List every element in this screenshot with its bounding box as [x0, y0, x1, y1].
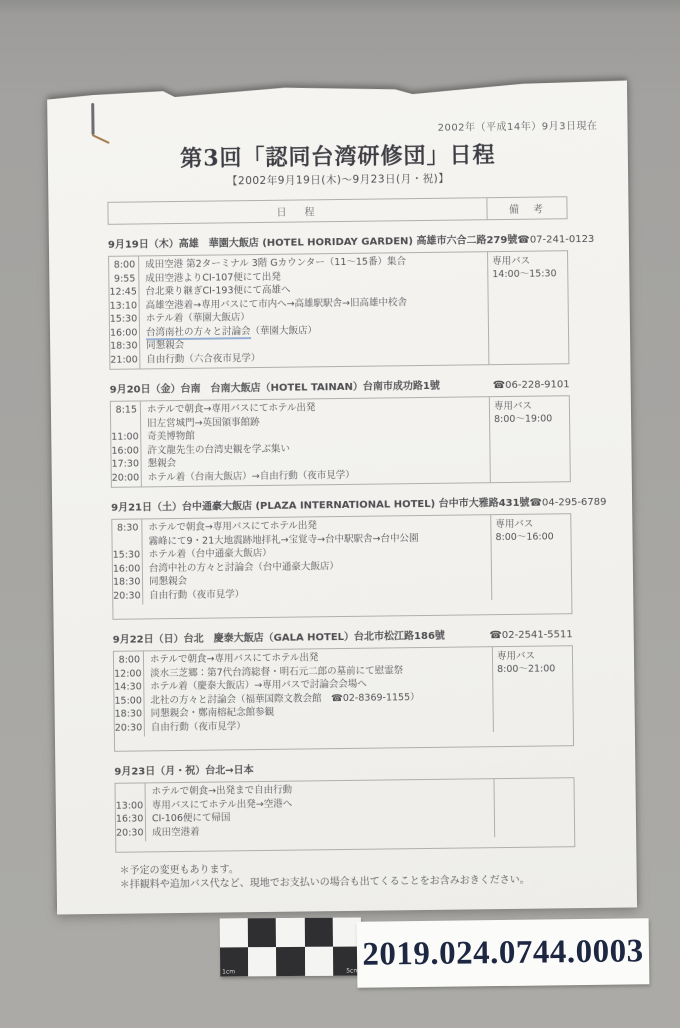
time-column: 8:0012:0014:3015:0018:3020:30 — [114, 651, 145, 736]
activity-column: ホテルで朝食→出発まで自由行動専用バスにてホテル出発→空港へCI-106便にて帰… — [146, 779, 495, 841]
issue-date: 2002年（平成14年）9月3日現在 — [437, 117, 597, 134]
time-cell: 13:10 — [110, 299, 136, 313]
underlined-activity-text: 台湾南社の方々と討論会 — [146, 326, 251, 340]
time-cell: 14:30 — [114, 680, 140, 694]
time-cell: 15:30 — [110, 313, 136, 327]
activity-column: 成田空港 第2ターミナル 3階 Gカウンター（11～15番）集合成田空港よりCI… — [139, 252, 488, 368]
scale-1cm-label: 1cm — [222, 968, 235, 975]
remarks-column: 専用バス8:00～16:00 — [490, 514, 571, 600]
remarks-column: 専用バス8:00～19:00 — [489, 396, 570, 482]
time-cell: 16:00 — [113, 562, 139, 576]
itinerary-sheet: 2002年（平成14年）9月3日現在 第3回「認同台湾研修団」日程 【2002年… — [47, 76, 637, 914]
photo-background: { "colors": { "background_gray": "#a6a5a… — [0, 0, 680, 1028]
time-cell: 16:30 — [116, 812, 142, 826]
activity-cell: ホテル着（台南大飯店）→自由行動（夜市見学） — [148, 467, 490, 485]
remarks-column: 専用バス8:00～21:00 — [492, 646, 573, 732]
time-cell: 20:00 — [112, 471, 138, 485]
activity-text: （華園大飯店） — [250, 325, 317, 337]
day-schedule-box: 8:0012:0014:3015:0018:3020:30ホテルで朝食→専用バス… — [113, 645, 574, 752]
time-column: 8:009:5512:4513:1015:3016:0018:3021:00 — [109, 256, 140, 368]
time-cell: 12:45 — [109, 286, 135, 300]
day-phone-number: ☎04-295-6789 — [529, 497, 606, 509]
remark-text: 専用バス — [492, 254, 564, 268]
remark-text: 専用バス — [495, 517, 567, 531]
checker-square — [304, 918, 332, 947]
time-cell: 8:00 — [109, 259, 135, 273]
schedule-table: 日 程 備 考 9月19日（木）高雄 華園大飯店 (HOTEL HORIDAY … — [107, 196, 575, 893]
time-column: 8:15 11:0016:0017:3020:00 — [111, 401, 142, 486]
time-cell: 11:00 — [111, 430, 137, 444]
day-section: 9月19日（木）高雄 華園大飯店 (HOTEL HORIDAY GARDEN) … — [108, 230, 570, 370]
time-column: 13:0016:3020:30 — [116, 783, 147, 841]
fold-mark — [91, 103, 94, 135]
day-section: 9月21日（土）台中通豪大飯店 (PLAZA INTERNATIONAL HOT… — [111, 493, 572, 620]
activity-column: ホテルで朝食→専用バスにてホテル出発淡水三芝郷：第7代台湾総督・明石元二郎の墓前… — [144, 647, 493, 736]
remark-text: 14:00～15:30 — [492, 267, 564, 281]
activity-cell: 自由行動（六合夜市見学） — [146, 349, 488, 367]
checker-square — [248, 947, 276, 976]
day-heading: 9月22日（日）台北 慶泰大飯店（GALA HOTEL）台北市松江路186號☎0… — [113, 625, 573, 646]
day-phone-number: ☎02-2541-5511 — [489, 629, 572, 641]
remarks-column — [493, 778, 574, 837]
checker-square — [220, 918, 248, 947]
activity-column: ホテルで朝食→専用バスにてホテル出発旧左営城門→英国領事館跡奇美博物館許文龍先生… — [141, 397, 490, 486]
day-schedule-box: 8:30 15:3016:0018:3020:30ホテルで朝食→専用バスにてホテ… — [111, 513, 572, 620]
table-header-schedule: 日 程 — [108, 198, 486, 224]
time-cell: 20:30 — [116, 826, 142, 840]
time-cell: 8:15 — [111, 403, 137, 417]
day-section: 9月22日（日）台北 慶泰大飯店（GALA HOTEL）台北市松江路186號☎0… — [113, 625, 574, 752]
day-heading: 9月21日（土）台中通豪大飯店 (PLAZA INTERNATIONAL HOT… — [111, 493, 571, 514]
day-phone-number: ☎06-228-9101 — [493, 379, 570, 391]
time-cell — [111, 417, 137, 431]
days: 9月19日（木）高雄 華園大飯店 (HOTEL HORIDAY GARDEN) … — [108, 230, 576, 853]
time-cell: 16:00 — [111, 444, 137, 458]
time-cell: 9:55 — [109, 272, 135, 286]
time-cell: 18:30 — [115, 707, 141, 721]
footnotes: ＊予定の変更もあります。 ＊拝観料や追加バス代など、現地でお支払いの場合も出てく… — [119, 859, 575, 893]
time-cell: 18:30 — [110, 340, 136, 354]
scale-checker-card: 1cm5cm — [220, 918, 361, 977]
day-heading-text: 9月22日（日）台北 慶泰大飯店（GALA HOTEL）台北市松江路186號 — [113, 627, 445, 646]
checker-square — [276, 947, 304, 976]
day-phone-number: ☎07-241-0123 — [517, 234, 594, 246]
remark-text: 8:00～16:00 — [495, 530, 567, 544]
remark-text: 専用バス — [494, 399, 566, 413]
remark-text: 専用バス — [497, 649, 569, 663]
day-schedule-box: 13:0016:3020:30ホテルで朝食→出発まで自由行動専用バスにてホテル出… — [114, 777, 575, 853]
day-heading: 9月20日（金）台南 台南大飯店（HOTEL TAINAN）台南市成功路1號☎0… — [110, 375, 570, 396]
time-cell: 8:00 — [114, 653, 140, 667]
time-cell — [116, 785, 142, 799]
time-cell: 20:30 — [113, 589, 139, 603]
time-cell: 13:00 — [116, 799, 142, 813]
time-cell: 8:30 — [112, 521, 138, 535]
day-schedule-box: 8:009:5512:4513:1015:3016:0018:3021:00成田… — [108, 250, 569, 370]
time-cell: 20:30 — [115, 721, 141, 735]
day-heading-text: 9月20日（金）台南 台南大飯店（HOTEL TAINAN）台南市成功路1號 — [110, 377, 440, 396]
day-schedule-box: 8:15 11:0016:0017:3020:00ホテルで朝食→専用バスにてホテ… — [110, 395, 571, 488]
remarks-column: 専用バス14:00～15:30 — [487, 251, 568, 364]
table-header-row: 日 程 備 考 — [107, 196, 567, 225]
remark-text: 8:00～21:00 — [497, 662, 569, 676]
activity-cell: 自由行動（夜市見学） — [149, 585, 491, 603]
time-cell: 17:30 — [112, 457, 138, 471]
day-heading-text: 9月23日（月・祝）台北→日本 — [114, 761, 253, 778]
time-cell: 16:00 — [110, 326, 136, 340]
catalog-label: 2019.024.0744.0003 — [357, 918, 650, 988]
checker-square — [305, 947, 333, 976]
time-column: 8:30 15:3016:0018:3020:30 — [112, 519, 143, 604]
day-heading: 9月23日（月・祝）台北→日本 — [114, 757, 574, 778]
day-section: 9月20日（金）台南 台南大飯店（HOTEL TAINAN）台南市成功路1號☎0… — [110, 375, 571, 488]
time-cell: 21:00 — [110, 353, 136, 367]
day-heading-text: 9月19日（木）高雄 華園大飯店 (HOTEL HORIDAY GARDEN) … — [108, 231, 518, 251]
time-cell: 18:30 — [113, 575, 139, 589]
table-header-remarks: 備 考 — [486, 197, 566, 219]
remark-text: 8:00～19:00 — [494, 412, 566, 426]
time-cell: 15:00 — [114, 694, 140, 708]
checker-square — [248, 918, 276, 947]
checker-square — [276, 918, 304, 947]
day-section: 9月23日（月・祝）台北→日本 13:0016:3020:30ホテルで朝食→出発… — [114, 757, 575, 853]
activity-column: ホテルで朝食→専用バスにてホテル出発霧峰にて9・21大地震跡地拝礼→宝覚寺→台中… — [142, 515, 491, 604]
time-cell: 12:00 — [114, 667, 140, 681]
time-cell — [112, 535, 138, 549]
day-heading-text: 9月21日（土）台中通豪大飯店 (PLAZA INTERNATIONAL HOT… — [111, 494, 530, 514]
paper: 2002年（平成14年）9月3日現在 第3回「認同台湾研修団」日程 【2002年… — [47, 76, 637, 914]
day-heading: 9月19日（木）高雄 華園大飯店 (HOTEL HORIDAY GARDEN) … — [108, 230, 568, 251]
time-cell: 15:30 — [113, 548, 139, 562]
catalog-number: 2019.024.0744.0003 — [362, 933, 644, 973]
